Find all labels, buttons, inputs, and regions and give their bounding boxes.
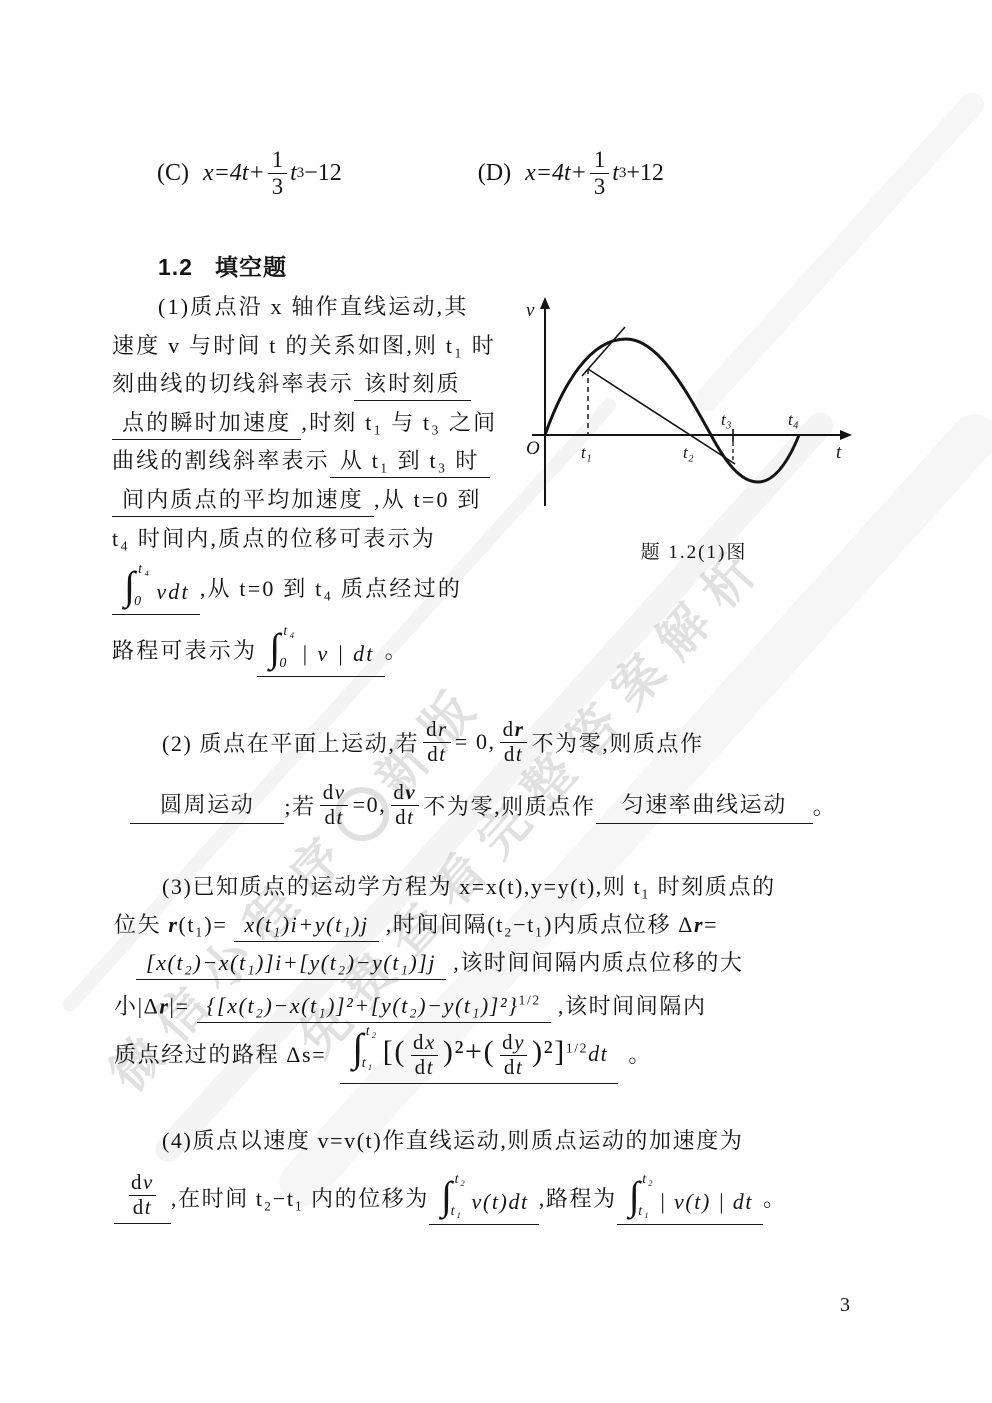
- formula-tail: +12: [626, 160, 664, 187]
- option-d-label: (D): [478, 160, 511, 187]
- v-axis-arrow-icon: [540, 297, 550, 309]
- blank-answer: 圆周运动: [130, 786, 284, 824]
- fraction: 13: [268, 148, 287, 199]
- t4-label: t₄: [788, 410, 799, 429]
- origin-label: O: [526, 438, 540, 459]
- t-axis-arrow-icon: [840, 430, 852, 440]
- question-3: (3)已知质点的运动学方程为 x=x(t),y=y(t),则 t₁ 时刻质点的 …: [100, 868, 930, 1086]
- integral: ∫t₄0: [124, 562, 154, 610]
- formula-exponent: 3: [297, 165, 304, 182]
- blank-answer: 从 t₁ 到 t₃ 时: [330, 446, 490, 478]
- q2-line: 圆周运动 ;若 dvdt =0, dvdt 不为零,则质点作 匀速率曲线运动 。: [100, 774, 920, 836]
- formula-lead: x=4t+: [525, 160, 587, 187]
- q3-line: 质点经过的路程 Δs= ∫t₂t₁[(dxdt)²+(dydt)²]1/2dt …: [100, 1020, 930, 1086]
- integral: ∫t₂t₁: [352, 1024, 381, 1072]
- fraction-dr-vector-dt: drdt: [499, 719, 529, 766]
- question-1: (1)质点沿 x 轴作直线运动,其 速度 v 与时间 t 的关系如图,则 t₁ …: [112, 288, 532, 676]
- fraction-dv-dt: dvdt: [127, 1172, 158, 1219]
- q1-line: 路程可表示为 ∫t₄0| v | dt 。: [112, 622, 532, 676]
- q2-line: (2) 质点在平面上运动,若 drdt = 0, drdt 不为零,则质点作: [100, 710, 920, 774]
- fraction-dx-dt: dxdt: [409, 1032, 440, 1079]
- q1-line: (1)质点沿 x 轴作直线运动,其: [112, 288, 532, 327]
- blank-answer: ∫t₄0| v | dt: [257, 622, 384, 677]
- blank-answer: ∫t₂t₁| v(t) | dt: [617, 1170, 763, 1225]
- blank-answer: x(t₁)i+y(t₁)j: [234, 910, 378, 942]
- formula-base: t: [290, 160, 297, 187]
- blank-answer: 匀速率曲线运动: [596, 786, 813, 824]
- formula-tail: −12: [304, 160, 342, 187]
- blank-answer: dvdt: [114, 1170, 171, 1224]
- q3-line: 位矢 r(t₁)= x(t₁)i+y(t₁)j ,时间间隔(t₂−t₁)内质点位…: [100, 906, 930, 944]
- fraction-dy-dt: dydt: [498, 1032, 529, 1079]
- q1-line: 间内质点的平均加速度,从 t=0 到: [112, 481, 532, 520]
- t2-label: t₂: [683, 443, 694, 462]
- blank-answer: {[x(t₂)−x(t₁)]²+[y(t₂)−y(t₁)]²}1/2: [197, 991, 551, 1023]
- integral: ∫t₄0: [269, 624, 299, 672]
- q1-line: ∫t₄0vdt ,从 t=0 到 t₄ 质点经过的: [112, 558, 532, 616]
- section-heading: 1.2填空题: [158, 249, 287, 282]
- blank-answer: ∫t₂t₁[(dxdt)²+(dydt)²]1/2dt: [340, 1022, 618, 1084]
- q1-line: 点的瞬时加速度,时刻 t₁ 与 t₃ 之间: [112, 404, 532, 443]
- integral: ∫t₂t₁: [629, 1172, 658, 1220]
- q3-line: (3)已知质点的运动学方程为 x=x(t),y=y(t),则 t₁ 时刻质点的: [100, 868, 930, 906]
- q4-line: (4)质点以速度 v=v(t)作直线运动,则质点运动的加速度为: [100, 1122, 930, 1160]
- question-4: (4)质点以速度 v=v(t)作直线运动,则质点运动的加速度为 dvdt ,在时…: [100, 1122, 930, 1234]
- answer-options-row: (C) x=4t+ 13 t3 −12 (D) x=4t+ 13 t3 +12: [157, 148, 664, 199]
- blank-answer: ∫t₄0vdt: [112, 560, 200, 615]
- formula-exponent: 3: [619, 165, 626, 182]
- t1-label: t₁: [581, 443, 592, 462]
- q4-line: dvdt ,在时间 t₂−t₁ 内的位移为 ∫t₂t₁v(t)dt ,路程为 ∫…: [100, 1160, 930, 1234]
- section-number: 1.2: [158, 254, 193, 280]
- vt-graph-svg: v t O t₁ t₂ t₃ t₄: [518, 292, 870, 527]
- fraction-dv-dt: dvdt: [319, 782, 350, 829]
- q1-line: 刻曲线的切线斜率表示该时刻质: [112, 365, 532, 404]
- q1-line: 速度 v 与时间 t 的关系如图,则 t₁ 时: [112, 327, 532, 366]
- option-c: (C) x=4t+ 13 t3 −12: [157, 148, 342, 199]
- question-2: (2) 质点在平面上运动,若 drdt = 0, drdt 不为零,则质点作 圆…: [100, 710, 920, 836]
- figure-caption: 题 1.2(1)图: [518, 537, 870, 564]
- blank-answer: 间内质点的平均加速度: [112, 485, 374, 517]
- textbook-page: 微信小程序新版 免费查看完整答案解析 (C) x=4t+ 13 t3 −12 (…: [0, 0, 992, 1403]
- integral: ∫t₂t₁: [441, 1172, 470, 1220]
- q3-line: 小|Δr|= {[x(t₂)−x(t₁)]²+[y(t₂)−y(t₁)]²}1/…: [100, 982, 930, 1020]
- q1-line: t₄ 时间内,质点的位移可表示为: [112, 520, 532, 559]
- fraction-dv-vector-dt: dvdt: [389, 782, 420, 829]
- v-axis-label: v: [526, 300, 535, 321]
- formula-base: t: [612, 160, 619, 187]
- blank-answer: ∫t₂t₁v(t)dt: [429, 1170, 539, 1225]
- blank-answer: 点的瞬时加速度: [112, 408, 301, 440]
- option-d: (D) x=4t+ 13 t3 +12: [478, 148, 664, 199]
- t3-label: t₃: [721, 410, 732, 429]
- t-axis-label: t: [836, 442, 842, 463]
- q3-line: [x(t₂)−x(t₁)]i+[y(t₂)−y(t₁)]j ,该时间间隔内质点位…: [100, 944, 930, 982]
- page-number: 3: [840, 1294, 850, 1317]
- fraction-dr-dt: drdt: [422, 719, 452, 766]
- q1-line: 曲线的割线斜率表示从 t₁ 到 t₃ 时: [112, 442, 532, 481]
- blank-answer: [x(t₂)−x(t₁)]i+[y(t₂)−y(t₁)]j: [136, 948, 446, 980]
- secant-line: [588, 369, 735, 464]
- figure-vt-graph: v t O t₁ t₂ t₃ t₄ 题 1.2(1)图: [518, 292, 870, 564]
- blank-answer: 该时刻质: [354, 369, 471, 401]
- formula-lead: x=4t+: [203, 160, 265, 187]
- option-c-label: (C): [157, 160, 189, 187]
- section-title: 填空题: [215, 254, 287, 280]
- fraction: 13: [590, 148, 609, 199]
